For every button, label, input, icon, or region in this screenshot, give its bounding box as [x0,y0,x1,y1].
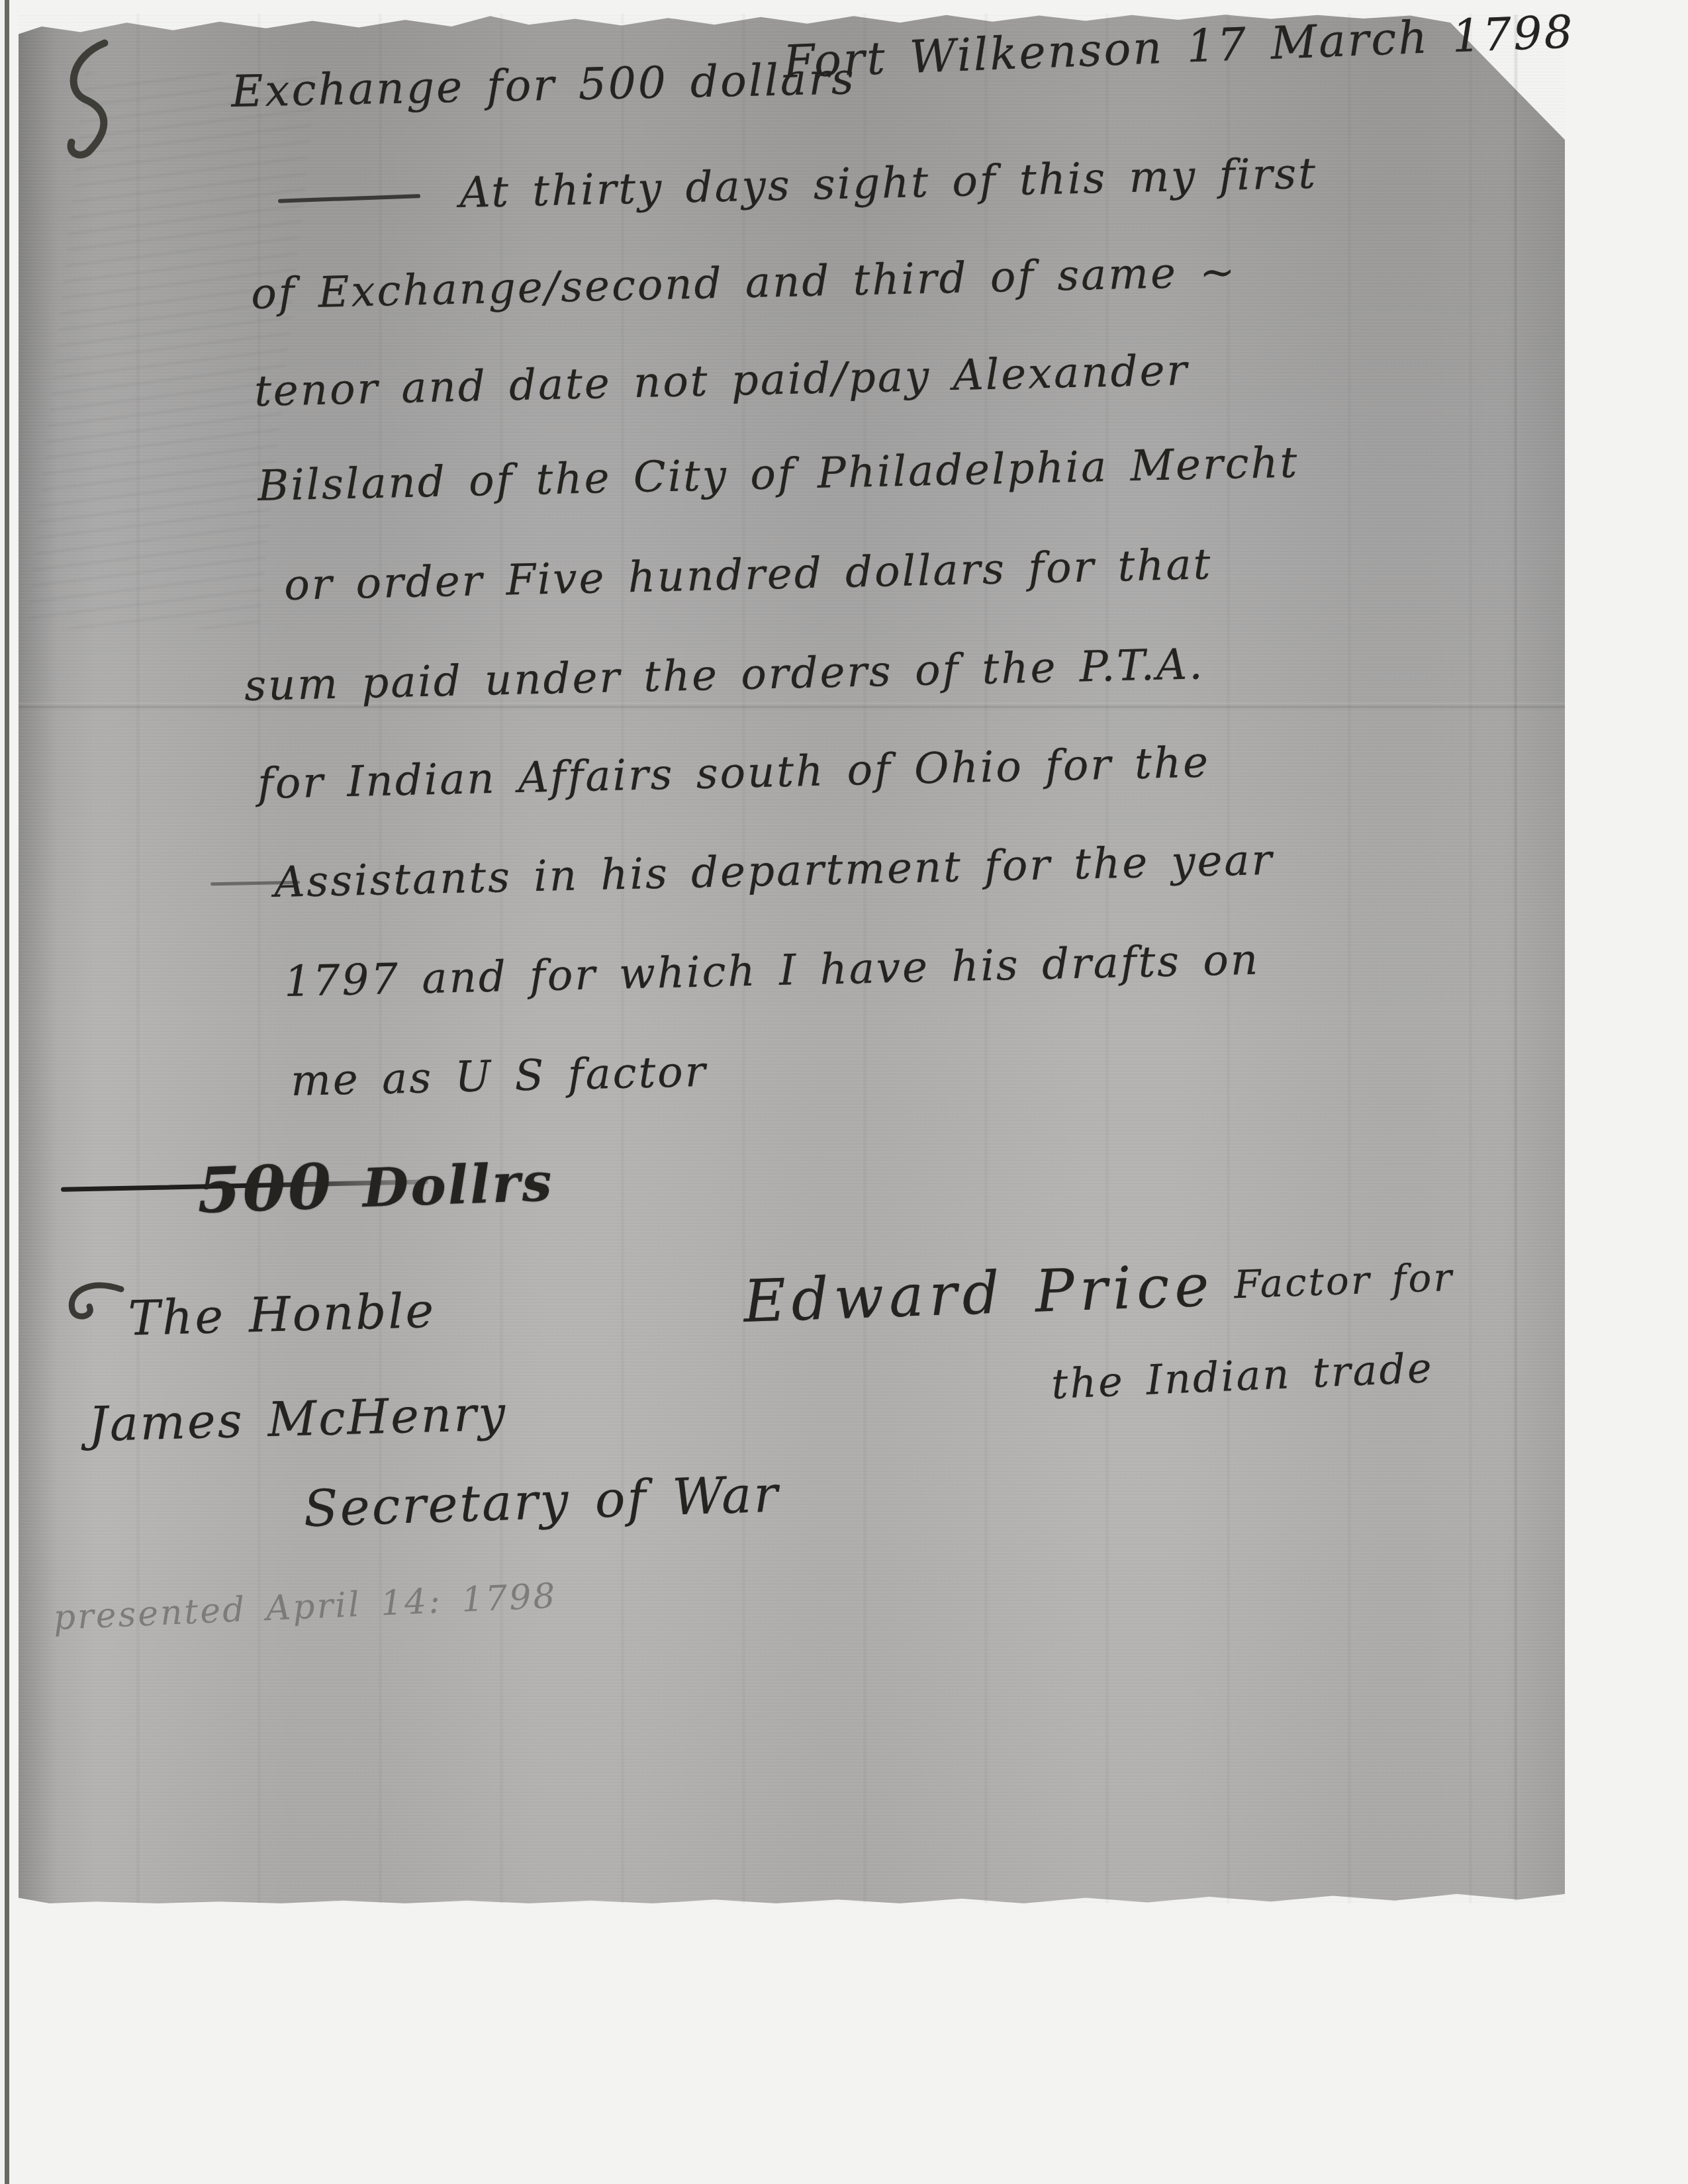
scanned-document-page: { "colors": { "scan_background": "#f3f3f… [0,0,1688,2184]
scan-edge-line [5,0,9,2184]
body-line: me as U S factor [290,1048,708,1106]
signature-title: Factor for [1233,1254,1454,1307]
amount-line: 500 Dollrs [196,1142,555,1228]
ink-blot [58,36,131,162]
addressee-honorific: The Honble [128,1283,436,1346]
pen-flourish [63,1277,126,1367]
amount-unit: Dollrs [361,1150,555,1219]
addressee-name: James McHenry [88,1385,508,1452]
fold-crease-vertical [1513,15,1519,1901]
amount-value: 500 [196,1150,334,1228]
